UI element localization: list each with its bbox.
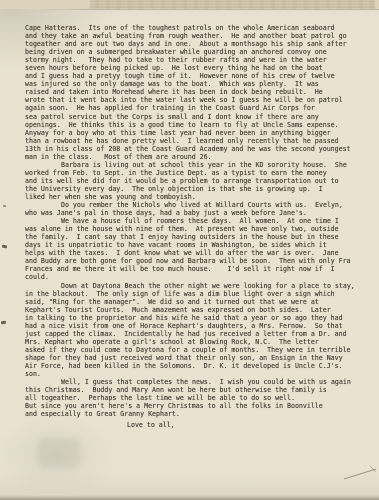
letter-line: helps with the taxes. I dont know what w… <box>25 249 361 257</box>
letter-line: son. <box>25 370 361 378</box>
letter-line: again soon. He has applied for training … <box>25 104 361 112</box>
letter-line: could. <box>25 273 361 281</box>
letter-line: the family. I cant say that I enjoy havi… <box>25 233 361 241</box>
crease-mark <box>332 460 378 486</box>
letter-line: liked her when she was young and tomboyi… <box>25 193 361 201</box>
letter-line: just capped the climax. Incidentally he … <box>25 330 361 338</box>
letter-line: and they take an awful beating from roug… <box>25 32 361 40</box>
letter-line: Anyway for a boy who at this time last y… <box>25 129 361 137</box>
letter-line: Frances and me there it will be too much… <box>25 265 361 273</box>
letter-line: togeather and are out two days and in on… <box>25 40 361 48</box>
letter-line: worked from Feb. to Sept. in the Justice… <box>25 169 361 177</box>
letter-page: Cape Hatteras. Its one of the toughest p… <box>0 0 379 500</box>
closing-line: Love to all, <box>127 421 175 429</box>
letter-line: man in the class. Most of them are aroun… <box>25 153 361 161</box>
letter-line: the University every day. The only objec… <box>25 185 361 193</box>
ghost-text <box>90 0 375 9</box>
letter-line: all togeather. Perhaps the last time we … <box>25 394 361 402</box>
letter-line: stormy night. They had to take to their … <box>25 56 361 64</box>
letter-line: asked if they could come to Daytona for … <box>25 346 361 354</box>
letter-line: Do you rember the Nichols who lived at W… <box>25 201 361 209</box>
letter-line: shape for they had just received word th… <box>25 354 361 362</box>
letter-line: But since you aren't here's a Merry Chri… <box>25 402 361 410</box>
letter-line: and especially to Great Granny Kephart. <box>25 410 361 418</box>
letter-line: sea patrol service but the Corps is smal… <box>25 113 361 121</box>
letter-line: We have a house full of roomers these da… <box>25 217 361 225</box>
letter-line: raised and taken into Morehead where it … <box>25 88 361 96</box>
letter-line: 13th in his class of 208 at the Coast Gu… <box>25 145 361 153</box>
page-top-edge-line <box>38 9 379 10</box>
letter-line: in talking to the proprietor and his wif… <box>25 314 361 322</box>
letter-line: openings. He thinks this is a good time … <box>25 121 361 129</box>
paper-speck <box>3 205 6 207</box>
letter-line: wrote that it went back into the water l… <box>25 96 361 104</box>
letter-line: Down at Daytona Beach the other night we… <box>25 282 361 290</box>
letter-line: and I guess had a pretyy tough time of i… <box>25 72 361 80</box>
previous-page-edge <box>0 0 379 9</box>
letter-line: Well, I guess that completes the news. I… <box>25 378 361 386</box>
letter-line: in the blackout. The only sign of life w… <box>25 290 361 298</box>
paper-smudge <box>38 438 80 468</box>
letter-line: said, "Ring for the manager". We did so … <box>25 298 361 306</box>
letter-line: than a rowboat he has done pretty well. … <box>25 137 361 145</box>
paper-speck <box>1 321 6 325</box>
letter-line: Mrs. Kephart who operate a girl's school… <box>25 338 361 346</box>
paper-bottom-edge <box>0 495 379 500</box>
letter-line: Air Force, had been killed in the Solomo… <box>25 362 361 370</box>
letter-line: Kephart's Tourist Courts. Much amazement… <box>25 306 361 314</box>
letter-line: had a nice visit from one of Horace Keph… <box>25 322 361 330</box>
paper-speck <box>2 245 8 249</box>
letter-line: and its well she did for it would be a p… <box>25 177 361 185</box>
letter-line: Barbara is living out at school this yea… <box>25 161 361 169</box>
letter-line: days it is unpatriotic to have vacant ro… <box>25 241 361 249</box>
letter-line: seven hours before being picked up. He l… <box>25 64 361 72</box>
letter-line: and Buddy are both gone for good now and… <box>25 257 361 265</box>
letter-line: who was Jane's pal in those days, had a … <box>25 209 361 217</box>
letter-body: Cape Hatteras. Its one of the toughest p… <box>25 24 361 418</box>
letter-line: was alone in the house with nine of them… <box>25 225 361 233</box>
letter-line: was injured so the only damage was to th… <box>25 80 361 88</box>
letter-line: this Christmas. Buddy and Mary Ann wont … <box>25 386 361 394</box>
letter-line: Cape Hatteras. Its one of the toughest p… <box>25 24 361 32</box>
letter-line: being driven on a submerged breakwater w… <box>25 48 361 56</box>
